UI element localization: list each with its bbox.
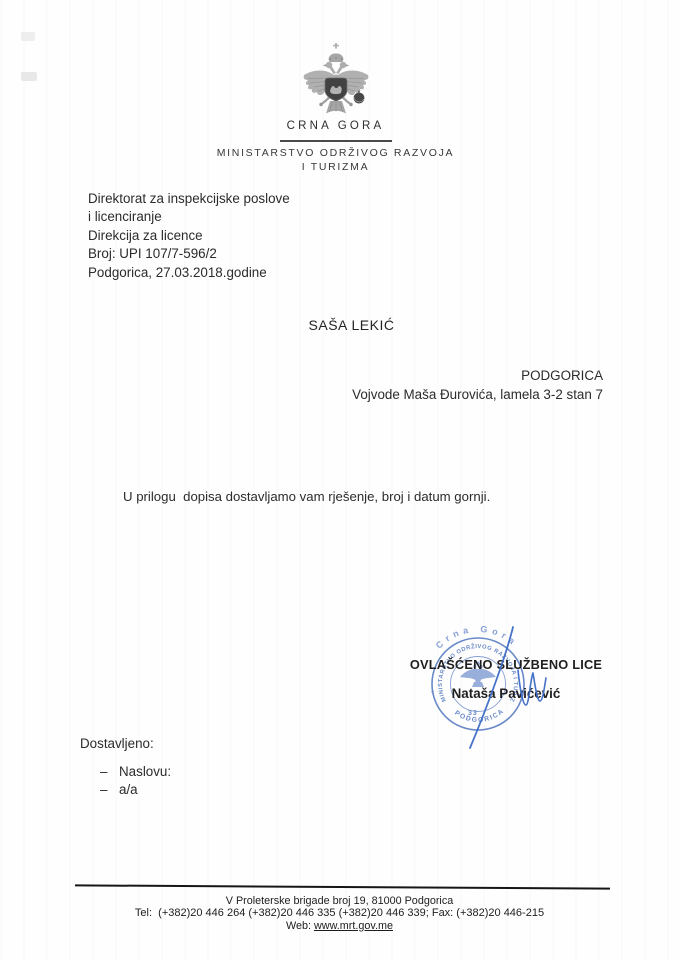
footer-divider <box>75 884 610 889</box>
directorate-line2: i licenciranje <box>88 208 290 226</box>
recipient-address-block: PODGORICA Vojvode Maša Đurovića, lamela … <box>352 367 603 404</box>
scanned-letter-page: CRNA GORA MINISTARSTVO ODRŽIVOG RAZVOJA … <box>0 0 679 960</box>
handwritten-signature <box>440 598 570 768</box>
list-dash: – <box>100 782 107 797</box>
directorate-line: Direktorat za inspekcijske poslove <box>88 190 290 208</box>
recipient-street: Vojvode Maša Đurovića, lamela 3-2 stan 7 <box>352 386 603 405</box>
reference-block: Direktorat za inspekcijske poslove i lic… <box>88 190 290 282</box>
scan-artifact <box>21 32 35 41</box>
distribution-item-text: a/a <box>119 782 138 797</box>
list-dash: – <box>100 764 107 779</box>
ministry-name-line1: MINISTARSTVO ODRŽIVOG RAZVOJA <box>0 147 675 159</box>
distribution-label: Dostavljeno: <box>80 736 154 751</box>
footer-web-line: Web: www.mrt.gov.me <box>0 920 679 932</box>
footer-address: V Proleterske brigade broj 19, 81000 Pod… <box>0 895 679 907</box>
web-label: Web: <box>286 920 311 932</box>
web-link[interactable]: www.mrt.gov.me <box>314 920 393 932</box>
scan-artifact <box>21 72 37 81</box>
case-number: Broj: UPI 107/7-596/2 <box>88 245 290 263</box>
distribution-item-text: Naslovu: <box>119 764 171 779</box>
country-name: CRNA GORA <box>0 120 675 132</box>
place-and-date: Podgorica, 27.03.2018.godine <box>88 264 290 282</box>
directorate-line3: Direkcija za licence <box>88 227 290 245</box>
recipient-city: PODGORICA <box>352 367 603 386</box>
letter-body: U prilogu dopisa dostavljamo vam rješenj… <box>123 489 490 504</box>
montenegro-coat-of-arms-icon <box>296 42 376 120</box>
footer-contacts: Tel: (+382)20 446 264 (+382)20 446 335 (… <box>0 907 679 919</box>
header-divider <box>280 140 392 142</box>
ministry-name-line2: I TURIZMA <box>0 161 675 173</box>
recipient-name: SAŠA LEKIĆ <box>12 317 679 333</box>
